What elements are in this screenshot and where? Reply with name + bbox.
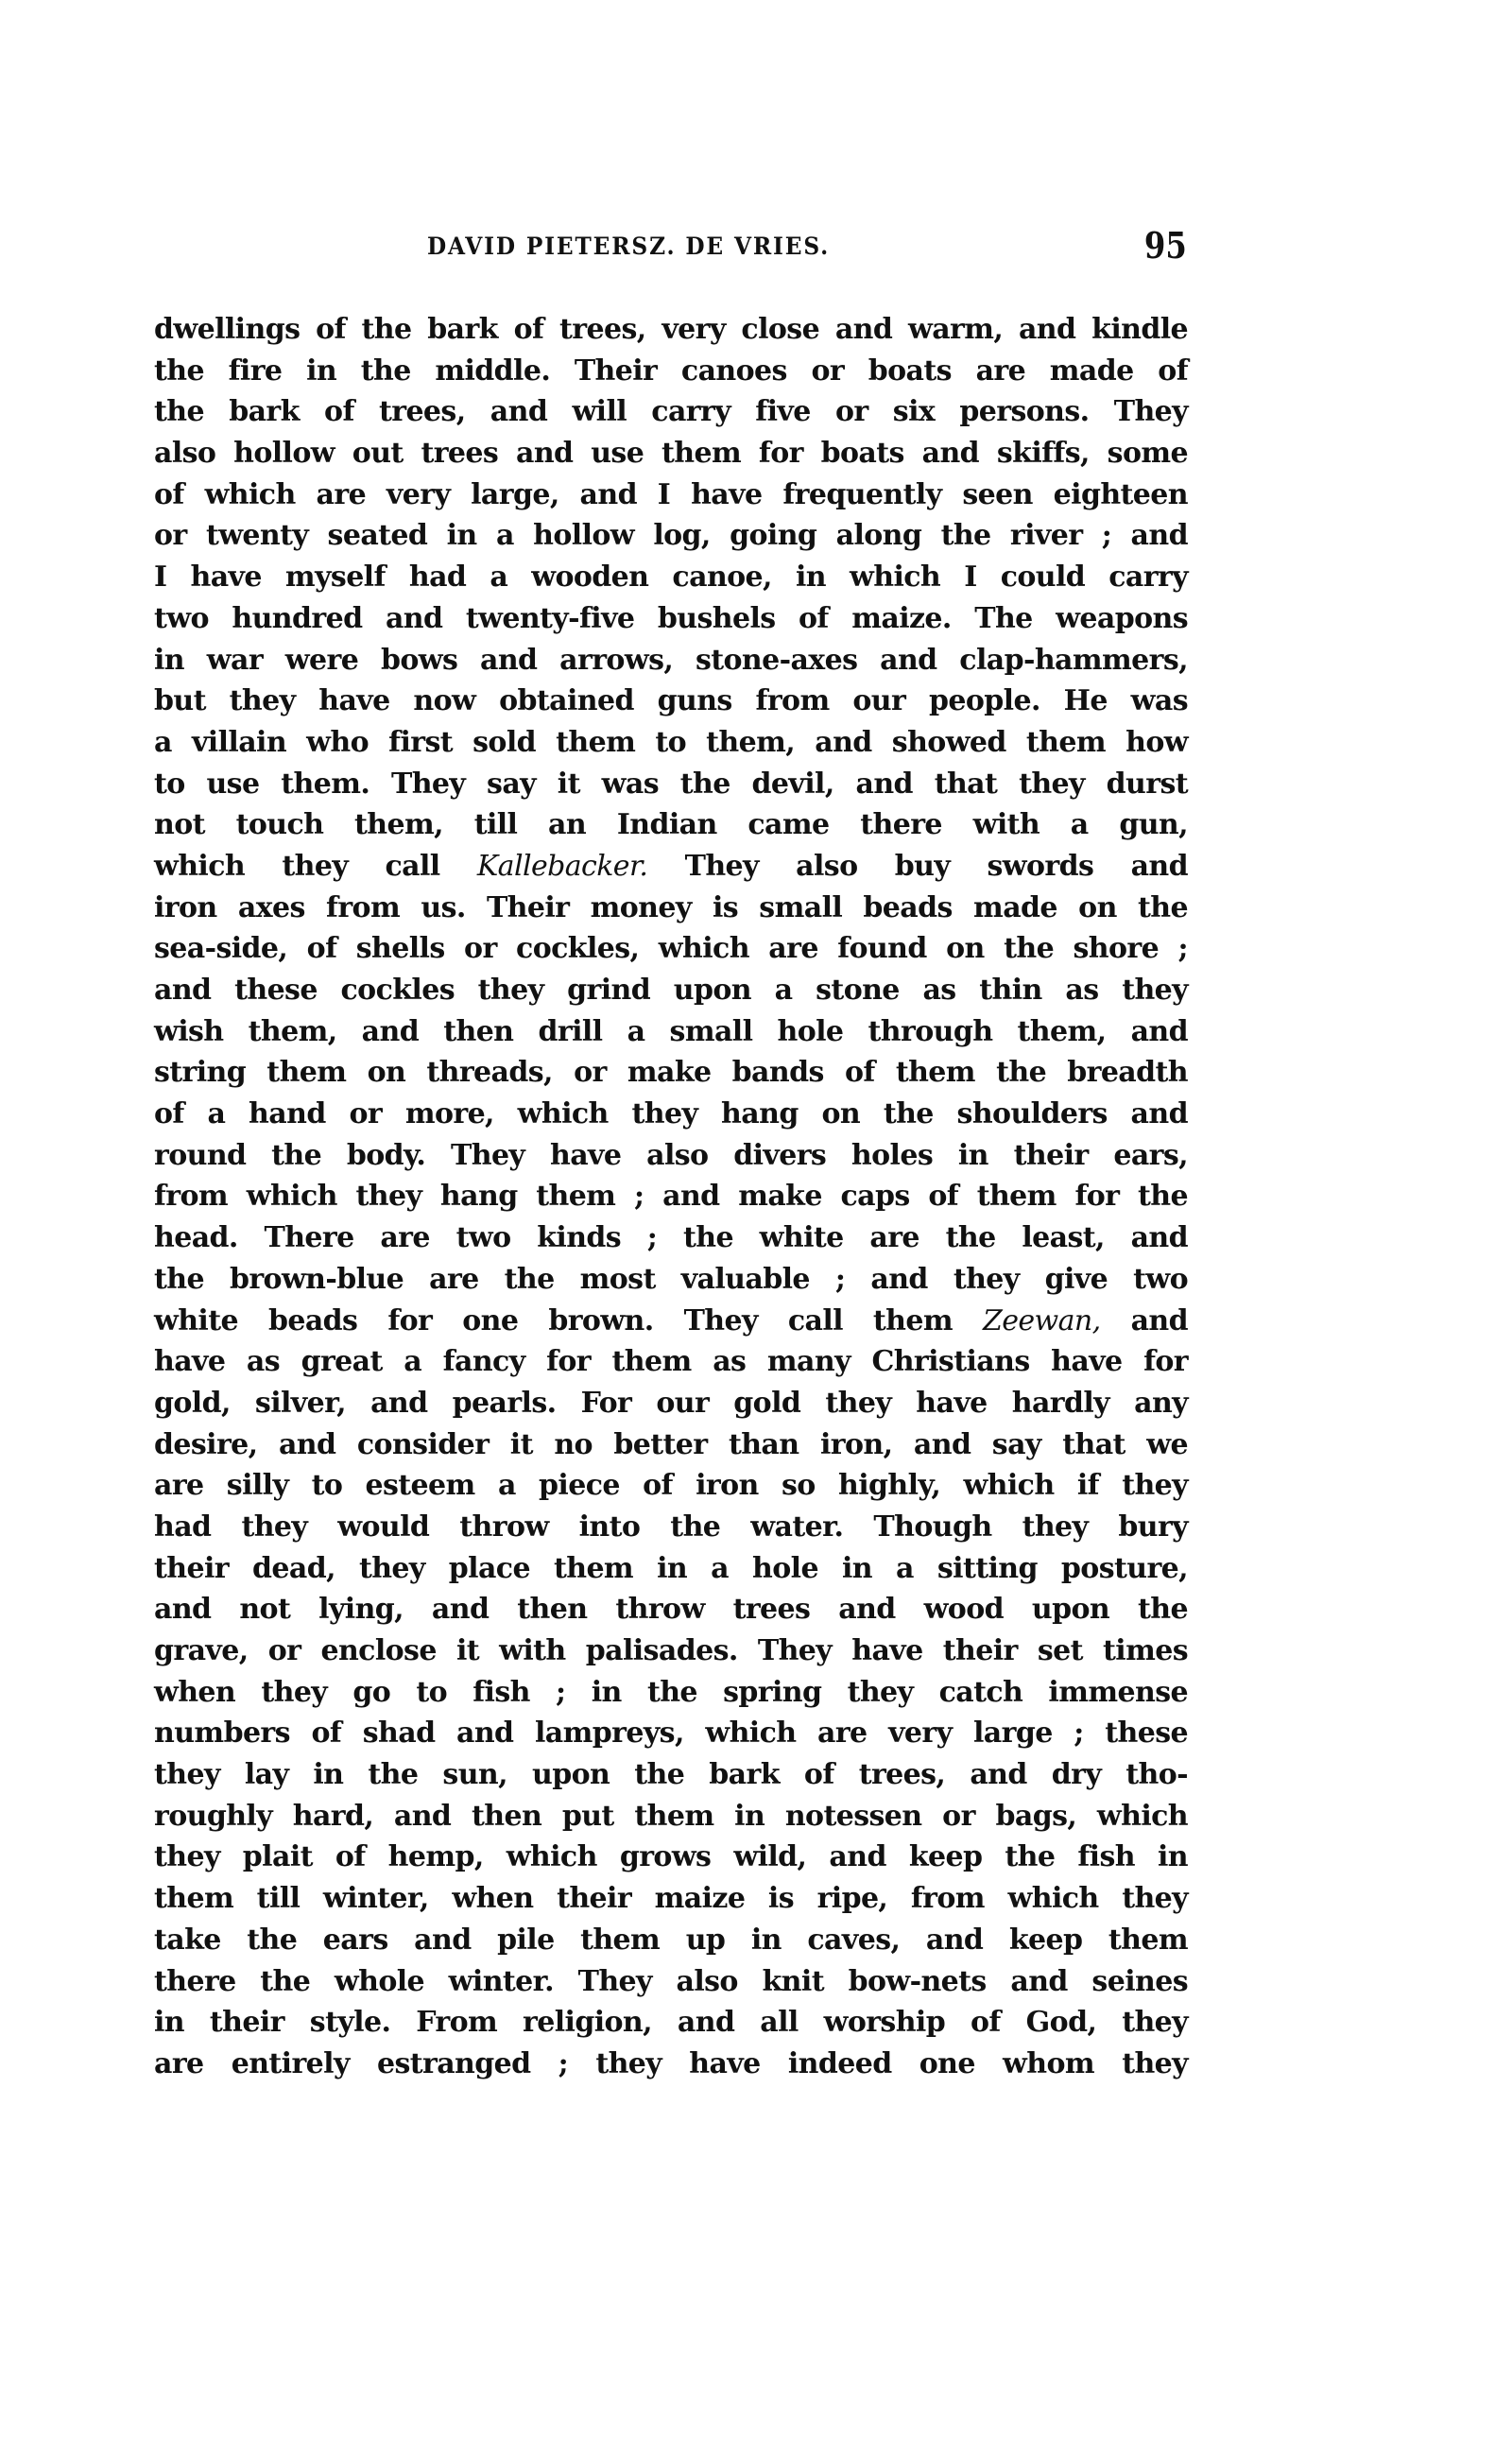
text-line: I have myself had a wooden canoe, in whi… — [154, 557, 1188, 598]
text-line: when they go to fish ; in the spring the… — [154, 1672, 1188, 1714]
text-line: are entirely estranged ; they have indee… — [154, 2044, 1188, 2085]
text-segment: and — [1101, 1304, 1188, 1337]
text-line: roughly hard, and then put them in notes… — [154, 1796, 1188, 1837]
text-line: but they have now obtained guns from our… — [154, 681, 1188, 722]
text-line: they lay in the sun, upon the bark of tr… — [154, 1754, 1188, 1796]
text-line: grave, or enclose it with palisades. The… — [154, 1630, 1188, 1672]
text-line: or twenty seated in a hollow log, going … — [154, 515, 1188, 557]
text-line-with-italic: which they call Kallebacker. They also b… — [154, 846, 1188, 888]
text-line: are silly to esteem a piece of iron so h… — [154, 1465, 1188, 1507]
text-line: there the whole winter. They also knit b… — [154, 1961, 1188, 2003]
text-line: not touch them, till an Indian came ther… — [154, 804, 1188, 846]
text-line: from which they hang them ; and make cap… — [154, 1176, 1188, 1217]
text-segment: which they call — [154, 850, 477, 883]
text-line: head. There are two kinds ; the white ar… — [154, 1217, 1188, 1259]
book-page: DAVID PIETERSZ. DE VRIES. 95 dwellings o… — [0, 0, 1512, 2450]
page-number: 95 — [1144, 227, 1187, 265]
text-line: gold, silver, and pearls. For our gold t… — [154, 1383, 1188, 1424]
text-line: had they would throw into the water. Tho… — [154, 1507, 1188, 1548]
text-line: in war were bows and arrows, stone-axes … — [154, 640, 1188, 682]
text-line: them till winter, when their maize is ri… — [154, 1878, 1188, 1920]
text-line: and not lying, and then throw trees and … — [154, 1589, 1188, 1630]
text-segment: white beads for one brown. They call the… — [154, 1304, 983, 1337]
text-line: in their style. From religion, and all w… — [154, 2002, 1188, 2044]
text-line: two hundred and twenty-five bushels of m… — [154, 598, 1188, 640]
text-line-with-italic: white beads for one brown. They call the… — [154, 1301, 1188, 1342]
italic-term-zeewan: Zeewan, — [983, 1304, 1101, 1337]
text-line: to use them. They say it was the devil, … — [154, 764, 1188, 805]
italic-term-kallebacker: Kallebacker. — [477, 850, 647, 883]
text-line: string them on threads, or make bands of… — [154, 1052, 1188, 1094]
text-line: their dead, they place them in a hole in… — [154, 1548, 1188, 1590]
text-line: have as great a fancy for them as many C… — [154, 1341, 1188, 1383]
text-line: also hollow out trees and use them for b… — [154, 433, 1188, 474]
text-line: of which are very large, and I have freq… — [154, 474, 1188, 516]
text-segment: They also buy swords and — [647, 850, 1188, 883]
body-text: dwellings of the bark of trees, very clo… — [154, 309, 1188, 2085]
text-line: they plait of hemp, which grows wild, an… — [154, 1837, 1188, 1878]
text-line: sea-side, of shells or cockles, which ar… — [154, 928, 1188, 970]
text-line: take the ears and pile them up in caves,… — [154, 1920, 1188, 1961]
text-line: the brown-blue are the most valuable ; a… — [154, 1259, 1188, 1301]
text-line: desire, and consider it no better than i… — [154, 1424, 1188, 1466]
text-line: the fire in the middle. Their canoes or … — [154, 351, 1188, 392]
text-line: the bark of trees, and will carry five o… — [154, 391, 1188, 433]
text-line: of a hand or more, which they hang on th… — [154, 1094, 1188, 1135]
text-line: numbers of shad and lampreys, which are … — [154, 1713, 1188, 1754]
text-line: dwellings of the bark of trees, very clo… — [154, 309, 1188, 351]
text-line: round the body. They have also divers ho… — [154, 1135, 1188, 1177]
running-title: DAVID PIETERSZ. DE VRIES. — [427, 233, 830, 261]
text-line: wish them, and then drill a small hole t… — [154, 1011, 1188, 1053]
text-line: and these cockles they grind upon a ston… — [154, 970, 1188, 1011]
running-head: DAVID PIETERSZ. DE VRIES. 95 — [153, 227, 1189, 268]
text-line: iron axes from us. Their money is small … — [154, 888, 1188, 929]
text-line: a villain who first sold them to them, a… — [154, 722, 1188, 764]
